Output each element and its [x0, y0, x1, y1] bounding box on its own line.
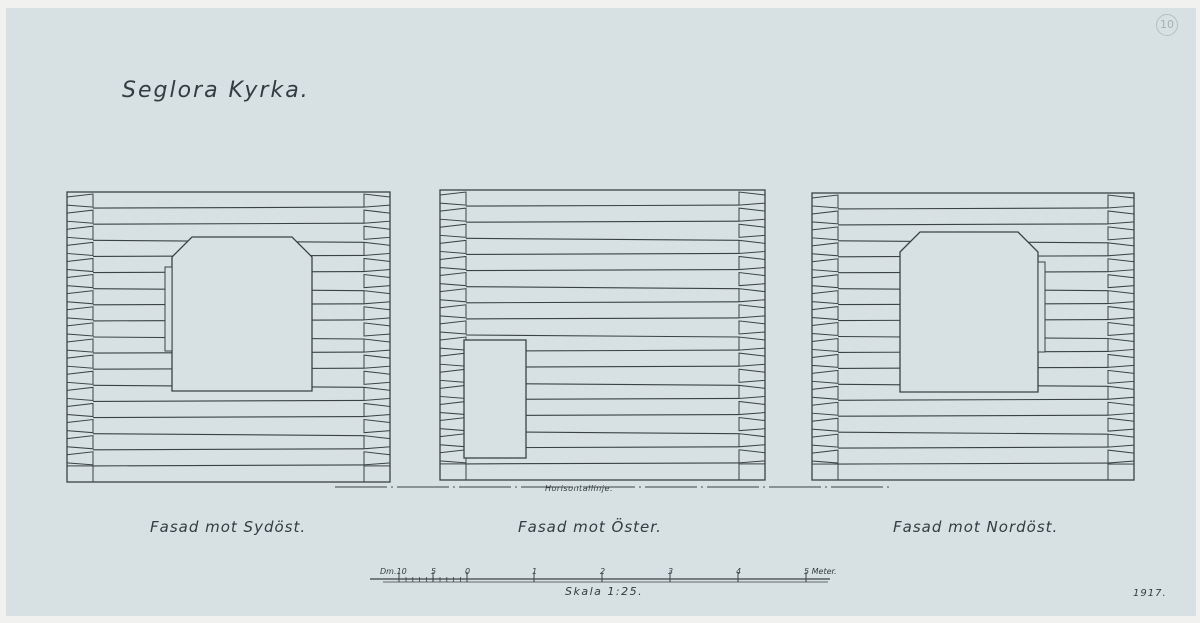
log-end-right [1108, 386, 1134, 399]
log-end-left [440, 256, 466, 269]
log-end-left [67, 258, 93, 271]
log-end-left [67, 275, 93, 288]
sill-block-right [364, 466, 390, 482]
log-end-left [812, 243, 838, 256]
log-end-left [812, 339, 838, 352]
log-end-left [440, 450, 466, 463]
horizon-dot [887, 486, 889, 488]
year-label: 1917. [1133, 588, 1167, 599]
log-course-line [838, 224, 1108, 225]
log-end-right [364, 291, 390, 304]
caption-fasad-sydost: Fasad mot Sydöst. [150, 518, 306, 536]
log-end-left [67, 403, 93, 416]
log-course-line [93, 417, 364, 418]
log-course-line [466, 253, 739, 254]
log-course-line [93, 223, 364, 224]
log-end-left [812, 450, 838, 463]
log-course-line [93, 449, 364, 450]
log-end-left [812, 211, 838, 224]
log-end-right [364, 452, 390, 465]
log-end-right [364, 210, 390, 223]
log-end-left [440, 337, 466, 350]
log-end-right [739, 273, 765, 286]
scale-tick-label: 1 [532, 567, 537, 576]
scale-tick-label: 0 [465, 567, 470, 576]
log-end-left [812, 291, 838, 304]
log-course-line [838, 399, 1108, 400]
horizon-dot [639, 486, 641, 488]
sill-block-left [812, 464, 838, 480]
log-course-line [93, 400, 364, 401]
log-end-right [364, 258, 390, 271]
log-end-right [364, 226, 390, 239]
log-end-right [739, 256, 765, 269]
log-end-left [440, 224, 466, 237]
log-end-right [739, 401, 765, 414]
horizon-line-label: Horisontallinje. [545, 484, 613, 493]
log-course-line [838, 432, 1108, 434]
log-end-right [1108, 275, 1134, 288]
log-end-right [1108, 211, 1134, 224]
window-opening [900, 232, 1038, 392]
log-end-left [440, 289, 466, 302]
log-course-line [93, 207, 364, 208]
horizon-dot [701, 486, 703, 488]
log-end-right [739, 337, 765, 350]
log-end-right [364, 387, 390, 400]
log-end-left [812, 227, 838, 240]
log-end-right [739, 450, 765, 463]
log-end-left [440, 273, 466, 286]
scale-tick-label: 3 [668, 567, 673, 576]
horizon-dot [391, 486, 393, 488]
log-end-right [739, 369, 765, 382]
log-end-left [67, 307, 93, 320]
log-end-right [1108, 227, 1134, 240]
sheet-number-badge: 10 [1156, 14, 1178, 36]
log-end-left [67, 339, 93, 352]
log-end-left [440, 369, 466, 382]
sill-block-left [67, 466, 93, 482]
log-end-left [440, 208, 466, 221]
log-end-left [812, 370, 838, 383]
log-course-line [466, 205, 739, 206]
shutter-frame [1038, 262, 1045, 352]
log-end-left [67, 194, 93, 207]
log-end-left [812, 434, 838, 447]
log-end-left [67, 452, 93, 465]
log-end-right [1108, 259, 1134, 272]
horizon-dot [763, 486, 765, 488]
log-end-right [364, 339, 390, 352]
log-end-right [739, 192, 765, 205]
log-end-left [67, 210, 93, 223]
log-end-right [739, 240, 765, 253]
log-end-left [440, 418, 466, 431]
log-end-left [812, 259, 838, 272]
log-end-right [1108, 434, 1134, 447]
log-end-right [739, 418, 765, 431]
log-end-left [67, 420, 93, 433]
log-end-right [1108, 418, 1134, 431]
log-end-left [812, 195, 838, 208]
log-end-left [67, 355, 93, 368]
log-end-right [1108, 323, 1134, 336]
drawing-title: Seglora Kyrka. [122, 78, 310, 103]
scale-tick-label: 5 Meter. [804, 567, 837, 576]
scale-label: Skala 1:25. [565, 585, 643, 598]
log-end-right [364, 194, 390, 207]
window-opening [172, 237, 312, 391]
log-end-right [364, 307, 390, 320]
scale-tick-label: 4 [736, 567, 741, 576]
log-end-right [1108, 402, 1134, 415]
log-end-left [440, 321, 466, 334]
log-course-line [93, 434, 364, 436]
log-end-right [739, 305, 765, 318]
log-end-right [739, 224, 765, 237]
log-end-left [67, 436, 93, 449]
log-course-line [838, 415, 1108, 416]
horizon-dot [453, 486, 455, 488]
log-end-right [364, 371, 390, 384]
log-end-right [1108, 291, 1134, 304]
sill-block-right [739, 464, 765, 480]
shutter-frame [165, 267, 172, 351]
log-course-line [466, 335, 739, 337]
log-end-right [739, 208, 765, 221]
log-end-left [440, 401, 466, 414]
facade-nordost-drawing [812, 193, 1134, 480]
log-end-right [1108, 339, 1134, 352]
log-end-left [67, 371, 93, 384]
log-end-right [1108, 307, 1134, 320]
log-end-left [67, 387, 93, 400]
log-end-right [364, 436, 390, 449]
sill-block-right [1108, 464, 1134, 480]
sill-block-left [440, 464, 466, 480]
log-end-right [364, 323, 390, 336]
door-opening [464, 340, 526, 458]
log-end-right [364, 275, 390, 288]
log-end-left [440, 305, 466, 318]
scale-tick-label: Dm.10 [380, 567, 407, 576]
log-course-line [466, 463, 739, 464]
log-course-line [838, 447, 1108, 448]
log-end-left [812, 307, 838, 320]
log-end-left [67, 226, 93, 239]
log-end-right [364, 355, 390, 368]
log-course-line [466, 287, 739, 289]
log-end-left [812, 354, 838, 367]
horizon-dot [825, 486, 827, 488]
log-end-left [440, 240, 466, 253]
log-course-line [466, 302, 739, 303]
log-end-right [364, 403, 390, 416]
log-end-left [812, 275, 838, 288]
log-end-left [67, 291, 93, 304]
log-end-left [67, 242, 93, 255]
log-end-left [812, 418, 838, 431]
scale-bar: Dm.105012345 Meter. [370, 567, 837, 582]
facade-oster-drawing [440, 190, 765, 480]
log-end-right [739, 434, 765, 447]
log-end-left [440, 353, 466, 366]
log-end-right [739, 289, 765, 302]
log-end-right [1108, 370, 1134, 383]
log-course-line [466, 238, 739, 240]
caption-fasad-oster: Fasad mot Öster. [518, 518, 662, 536]
facade-sydost-drawing [67, 192, 390, 482]
log-end-left [440, 434, 466, 447]
scale-tick-label: 5 [431, 567, 436, 576]
log-end-left [812, 386, 838, 399]
scale-tick-label: 2 [600, 567, 605, 576]
log-end-left [812, 402, 838, 415]
caption-fasad-nordost: Fasad mot Nordöst. [893, 518, 1058, 536]
log-course-line [466, 221, 739, 222]
log-course-line [466, 270, 739, 271]
log-end-left [440, 192, 466, 205]
log-end-right [739, 385, 765, 398]
log-course-line [466, 318, 739, 319]
log-end-right [739, 321, 765, 334]
log-end-right [1108, 195, 1134, 208]
log-end-left [67, 323, 93, 336]
log-course-line [93, 465, 364, 466]
log-end-left [812, 323, 838, 336]
horizon-dot [515, 486, 517, 488]
log-end-left [440, 385, 466, 398]
log-end-right [1108, 243, 1134, 256]
log-course-line [838, 463, 1108, 464]
log-end-right [1108, 450, 1134, 463]
log-end-right [739, 353, 765, 366]
log-end-right [1108, 354, 1134, 367]
log-end-right [364, 420, 390, 433]
log-end-right [364, 242, 390, 255]
log-course-line [838, 208, 1108, 209]
